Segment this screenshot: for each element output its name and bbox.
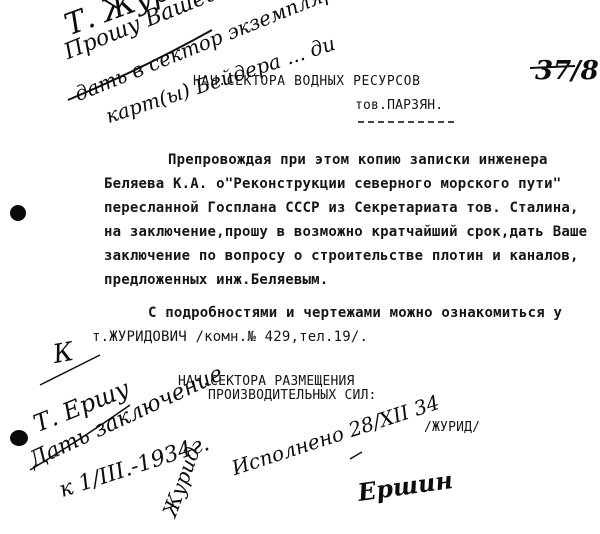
handwriting-strokes — [0, 0, 600, 534]
document-page: НАЧ.СЕКТОРА ВОДНЫХ РЕСУРСОВ тов.ПАРЗЯН. … — [0, 0, 600, 534]
